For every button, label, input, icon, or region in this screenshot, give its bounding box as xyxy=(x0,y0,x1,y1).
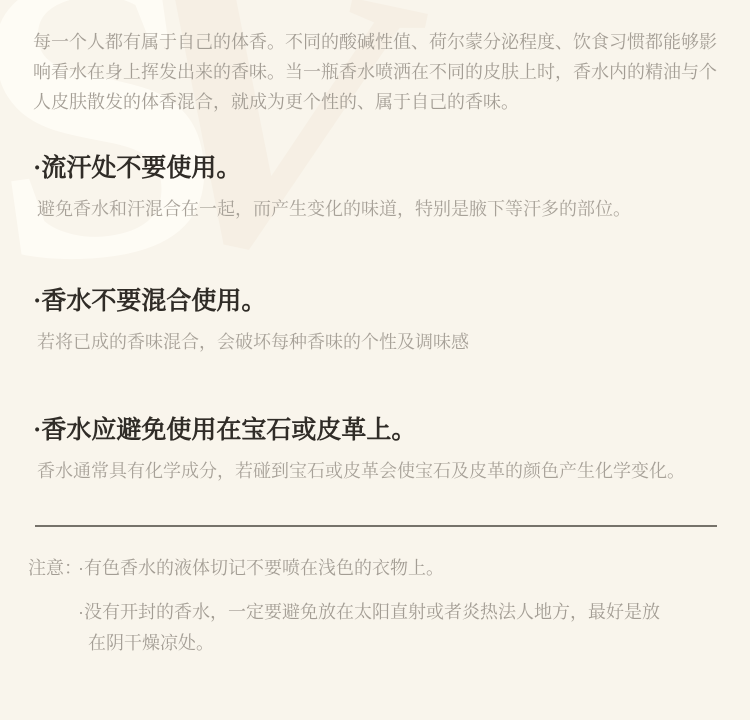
tip-heading-no-mixing: ·香水不要混合使用。 xyxy=(33,286,266,318)
perfume-tips-document: S V 每一个人都有属于自己的体香。不同的酸碱性值、荷尔蒙分泌程度、饮食习惯都能… xyxy=(0,0,750,720)
tip-description-no-mixing: 若将已成的香味混合，会破坏每种香味的个性及调味感 xyxy=(37,327,727,357)
notes-list: ·有色香水的液体切记不要喷在浅色的衣物上。 ·没有开封的香水，一定要避免放在太阳… xyxy=(78,553,666,659)
notes-label: 注意： xyxy=(28,553,82,584)
intro-paragraph: 每一个人都有属于自己的体香。不同的酸碱性值、荷尔蒙分泌程度、饮食习惯都能够影响看… xyxy=(33,27,725,117)
tip-description-sweat: 避免香水和汗混合在一起，而产生变化的味道，特别是腋下等汗多的部位。 xyxy=(37,194,727,224)
section-divider xyxy=(35,525,717,527)
note-item-colored-perfume: ·有色香水的液体切记不要喷在浅色的衣物上。 xyxy=(78,553,666,584)
tip-heading-sweat: ·流汗处不要使用。 xyxy=(33,153,241,185)
tip-heading-gem-leather: ·香水应避免使用在宝石或皮革上。 xyxy=(33,415,416,447)
tip-description-gem-leather: 香水通常具有化学成分，若碰到宝石或皮革会使宝石及皮革的颜色产生化学变化。 xyxy=(37,456,727,486)
note-item-unopened-perfume: ·没有开封的香水，一定要避免放在太阳直射或者炎热法人地方，最好是放在阴干燥凉处。 xyxy=(78,597,666,659)
